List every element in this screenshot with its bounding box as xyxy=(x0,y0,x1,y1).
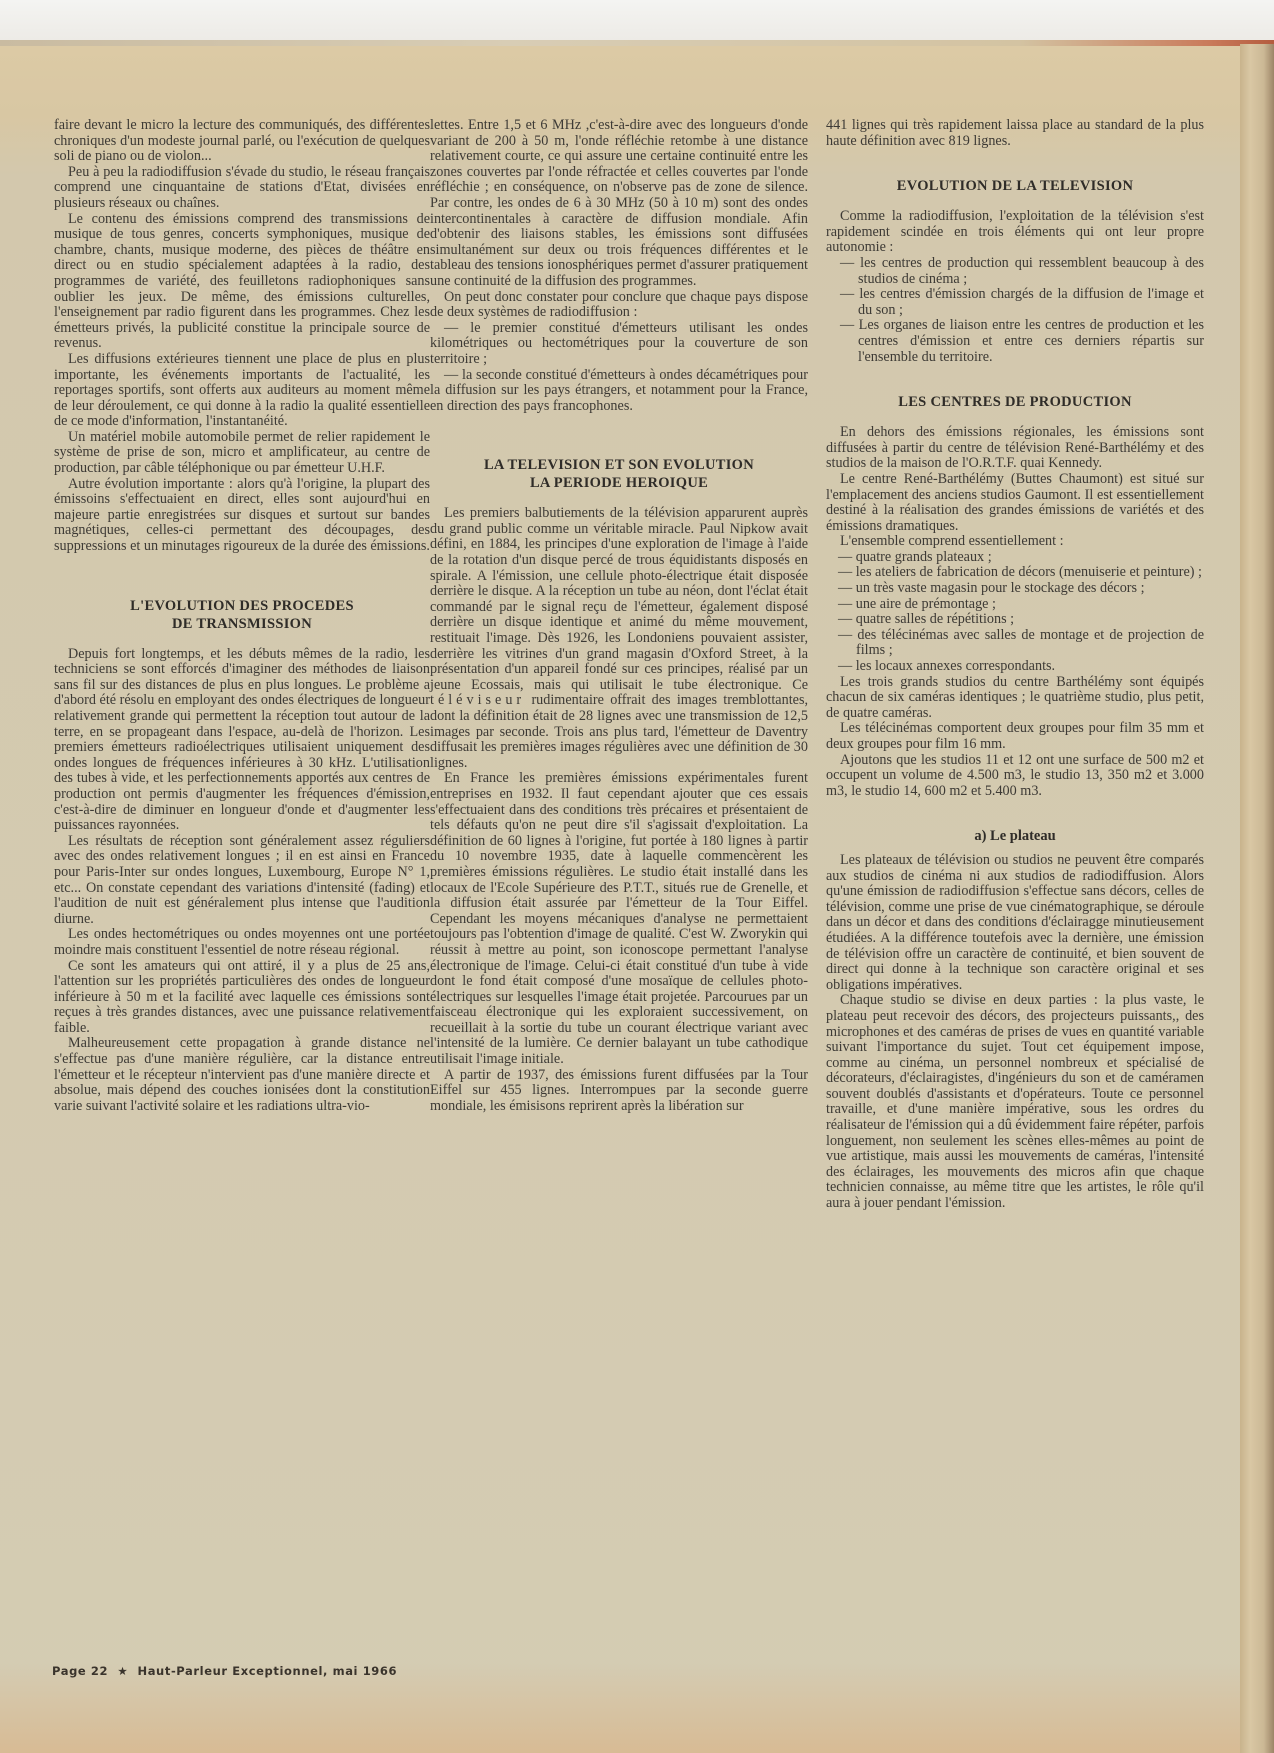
section-heading-production: LES CENTRES DE PRODUCTION xyxy=(826,393,1204,411)
emphasized-word: téléviseur xyxy=(430,692,525,708)
bullet-list: — quatre grands plateaux ; — les atelier… xyxy=(826,550,1204,675)
list-item: — des télécinémas avec salles de montage… xyxy=(826,628,1204,659)
heading-line: DE TRANSMISSION xyxy=(172,616,312,632)
paragraph: Malheureusement cette propagation à gran… xyxy=(54,1036,430,1114)
list-item: — le premier constitué d'émetteurs utili… xyxy=(430,321,808,368)
section-heading-television: LA TELEVISION ET SON EVOLUTION LA PERIOD… xyxy=(430,456,808,492)
paragraph: 441 lignes qui très rapidement laissa pl… xyxy=(826,118,1204,149)
paragraph: L'ensemble comprend essentiellement : xyxy=(826,534,1204,550)
paragraph: faire devant le micro la lecture des com… xyxy=(54,118,430,165)
page-number: Page 22 xyxy=(52,1664,108,1678)
heading-line: LA TELEVISION ET SON EVOLUTION xyxy=(484,457,754,473)
list-item: — les centres de production qui ressembl… xyxy=(826,256,1204,287)
heading-line: LA PERIODE HEROIQUE xyxy=(530,475,708,491)
text-run: Les premiers balbutiements de la télévis… xyxy=(430,505,808,693)
paragraph: Autre évolution importante : alors qu'à … xyxy=(54,477,430,555)
paragraph: Comme la radiodiffusion, l'exploitation … xyxy=(826,209,1204,256)
subsection-heading-plateau: a) Le plateau xyxy=(826,829,1204,845)
section-heading-transmission: L'EVOLUTION DES PROCEDES DE TRANSMISSION xyxy=(54,597,430,633)
list-item: — les centres d'émission chargés de la d… xyxy=(826,287,1204,318)
page-binding-edge xyxy=(1240,44,1274,1753)
paragraph: Peu à peu la radiodiffusion s'évade du s… xyxy=(54,165,430,212)
paragraph: Le contenu des émissions comprend des tr… xyxy=(54,212,430,352)
paragraph: Les résultats de réception sont générale… xyxy=(54,834,430,928)
heading-line: L'EVOLUTION DES PROCEDES xyxy=(130,598,354,614)
paragraph: Les premiers balbutiements de la télévis… xyxy=(430,506,808,771)
section-heading-evolution: EVOLUTION DE LA TELEVISION xyxy=(826,177,1204,195)
paragraph: Les plateaux de télévision ou studios ne… xyxy=(826,853,1204,993)
publication-title: Haut-Parleur Exceptionnel, mai 1966 xyxy=(137,1664,397,1678)
list-item: — les locaux annexes correspondants. xyxy=(826,659,1204,675)
list-item: — quatre salles de répétitions ; xyxy=(826,612,1204,628)
paragraph: A partir de 1937, des émissions furent d… xyxy=(430,1068,808,1115)
paragraph: Depuis fort longtemps, et les débuts mêm… xyxy=(54,647,430,834)
paragraph: En France les premières émissions expéri… xyxy=(430,771,808,1067)
page-footer: Page 22 ★ Haut-Parleur Exceptionnel, mai… xyxy=(52,1664,397,1678)
paragraph: Les trois grands studios du centre Barth… xyxy=(826,675,1204,722)
list-item: — quatre grands plateaux ; xyxy=(826,550,1204,566)
scanner-background xyxy=(0,0,1274,44)
article-column-2: lettes. Entre 1,5 et 6 MHz ,c'est-à-dire… xyxy=(430,118,808,1114)
star-icon: ★ xyxy=(113,1664,133,1678)
paragraph: Ce sont les amateurs qui ont attiré, il … xyxy=(54,959,430,1037)
paragraph: En dehors des émissions régionales, les … xyxy=(826,425,1204,472)
list-item: — Les organes de liaison entre les centr… xyxy=(826,318,1204,365)
paragraph: Les télécinémas comportent deux groupes … xyxy=(826,721,1204,752)
list-item: — une aire de prémontage ; xyxy=(826,597,1204,613)
paragraph: Les ondes hectométriques ou ondes moyenn… xyxy=(54,927,430,958)
list-item: — un très vaste magasin pour le stockage… xyxy=(826,581,1204,597)
paragraph: lettes. Entre 1,5 et 6 MHz ,c'est-à-dire… xyxy=(430,118,808,290)
paragraph: Un matériel mobile automobile permet de … xyxy=(54,430,430,477)
paragraph: Le centre René-Barthélémy (Buttes Chaumo… xyxy=(826,472,1204,534)
paragraph: Les diffusions extérieures tiennent une … xyxy=(54,352,430,430)
list-item: — les ateliers de fabrication de décors … xyxy=(826,565,1204,581)
article-column-3: 441 lignes qui très rapidement laissa pl… xyxy=(826,118,1204,1212)
paragraph: Chaque studio se divise en deux parties … xyxy=(826,993,1204,1211)
article-column-1: faire devant le micro la lecture des com… xyxy=(54,118,430,1114)
bullet-list: — les centres de production qui ressembl… xyxy=(826,256,1204,365)
paragraph: On peut donc constater pour conclure que… xyxy=(430,290,808,321)
list-item: — la seconde constitué d'émetteurs à ond… xyxy=(430,368,808,415)
paragraph: Ajoutons que les studios 11 et 12 ont un… xyxy=(826,753,1204,800)
